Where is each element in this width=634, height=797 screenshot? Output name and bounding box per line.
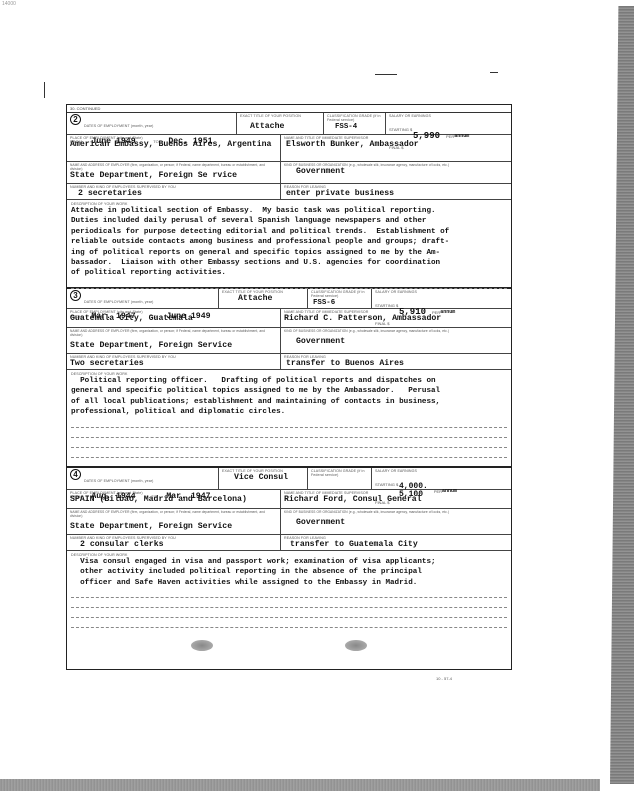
entry-number: 3 <box>70 290 81 301</box>
grade: FSS-4 <box>327 122 382 132</box>
position-title: Vice Consul <box>222 473 304 483</box>
reason-cell: REASON FOR LEAVING transfer to Buenos Ai… <box>281 354 511 369</box>
business-kind: Government <box>284 167 508 177</box>
employer: State Department, Foreign Service <box>70 522 277 532</box>
reason-for-leaving: enter private business <box>284 189 508 199</box>
work-description: Attache in political section of Embassy.… <box>71 206 507 279</box>
supervised-cell: NUMBER AND KIND OF EMPLOYEES SUPERVISED … <box>67 354 281 369</box>
grade-cell: CLASSIFICATION GRADE (if in Federal serv… <box>324 113 386 134</box>
employees-supervised: Two secretaries <box>70 359 277 369</box>
employer-cell: NAME AND ADDRESS OF EMPLOYER (firm, orga… <box>67 328 281 353</box>
description-block: DESCRIPTION OF YOUR WORK Political repor… <box>67 370 511 466</box>
blank-line <box>71 448 507 458</box>
salary-cell: SALARY OR EARNINGS STARTING $FINAL $ 5,9… <box>386 113 511 134</box>
dates-cell: 2DATES OF EMPLOYMENT (month, year) FROM … <box>67 113 237 134</box>
blank-line <box>71 618 507 628</box>
business-cell: KIND OF BUSINESS OR ORGANIZATION (e.g., … <box>281 328 511 353</box>
place-cell: PLACE OF EMPLOYMENT (city and State) SPA… <box>67 490 281 508</box>
supervised-cell: NUMBER AND KIND OF EMPLOYEES SUPERVISED … <box>67 535 281 550</box>
supervisor: Richard Ford, Consul General <box>284 495 508 505</box>
stray-mark <box>44 82 45 98</box>
business-kind: Government <box>284 337 508 347</box>
ink-stamp-mark <box>191 640 213 651</box>
employment-history-form: 30. CONTINUED 2DATES OF EMPLOYMENT (mont… <box>66 104 512 670</box>
form-header: 30. CONTINUED <box>67 105 511 113</box>
employees-supervised: 2 consular clerks <box>70 540 277 550</box>
position-title: Attache <box>222 294 304 304</box>
description-block: DESCRIPTION OF YOUR WORK Visa consul eng… <box>67 551 511 643</box>
work-description: Political reporting officer. Drafting of… <box>71 376 507 418</box>
employees-supervised: 2 secretaries <box>70 189 277 199</box>
employment-entry-4: 4DATES OF EMPLOYMENT (month, year) FROM … <box>67 468 511 643</box>
blank-line <box>71 279 507 289</box>
work-description: Visa consul engaged in visa and passport… <box>71 557 507 588</box>
place-cell: PLACE OF EMPLOYMENT (city and State) Ame… <box>67 135 281 161</box>
stray-mark <box>375 74 397 75</box>
supervisor: Elsworth Bunker, Ambassador <box>284 140 508 150</box>
salary-cell: SALARY OR EARNINGS STARTING $FINAL $ 4,0… <box>372 468 511 489</box>
grade: FSS-6 <box>311 298 368 308</box>
place-of-employment: American Embassy, Buenos Aires, Argentin… <box>70 140 277 150</box>
blank-line <box>71 438 507 448</box>
entry-number: 2 <box>70 114 81 125</box>
reason-cell: REASON FOR LEAVING transfer to Guatemala… <box>281 535 511 550</box>
entry-number: 4 <box>70 469 81 480</box>
supervisor-cell: NAME AND TITLE OF IMMEDIATE SUPERVISOR E… <box>281 135 511 161</box>
supervisor: Richard C. Patterson, Ambassador <box>284 314 508 324</box>
page-bottom-edge-shadow <box>0 779 600 791</box>
blank-line <box>71 608 507 618</box>
supervisor-cell: NAME AND TITLE OF IMMEDIATE SUPERVISOR R… <box>281 490 511 508</box>
document-id: 14000 <box>2 1 16 7</box>
place-of-employment: Guatemala City, Guatemala <box>70 314 277 324</box>
salary-cell: SALARY OR EARNINGS STARTING $FINAL $ 5,9… <box>372 289 511 308</box>
dates-cell: 4DATES OF EMPLOYMENT (month, year) FROM … <box>67 468 219 489</box>
page-right-edge-shadow <box>610 6 634 784</box>
grade-cell: CLASSIFICATION GRADE (if in Federal serv… <box>308 468 372 489</box>
title-cell: EXACT TITLE OF YOUR POSITION Attache <box>237 113 324 134</box>
business-kind: Government <box>284 518 508 528</box>
business-cell: KIND OF BUSINESS OR ORGANIZATION (e.g., … <box>281 509 511 534</box>
title-cell: EXACT TITLE OF YOUR POSITION Attache <box>219 289 308 308</box>
blank-line <box>71 598 507 608</box>
grade-cell: CLASSIFICATION GRADE (if in Federal serv… <box>308 289 372 308</box>
title-cell: EXACT TITLE OF YOUR POSITION Vice Consul <box>219 468 308 489</box>
place-cell: PLACE OF EMPLOYMENT (city and State) Gua… <box>67 309 281 327</box>
position-title: Attache <box>240 122 320 132</box>
stray-mark <box>490 72 498 73</box>
blank-line <box>71 588 507 598</box>
reason-cell: REASON FOR LEAVING enter private busines… <box>281 184 511 199</box>
reason-for-leaving: transfer to Guatemala City <box>284 540 508 550</box>
employment-entry-2: 2DATES OF EMPLOYMENT (month, year) FROM … <box>67 113 511 289</box>
form-code: 10 - 57-4 <box>436 676 452 681</box>
ink-stamp-mark <box>345 640 367 651</box>
employer: State Department, Foreign Se rvice <box>70 171 277 181</box>
blank-line <box>71 428 507 438</box>
supervisor-cell: NAME AND TITLE OF IMMEDIATE SUPERVISOR R… <box>281 309 511 327</box>
place-of-employment: SPAIN (Bilbao, Madrid and Barcelona) <box>70 495 277 505</box>
description-block: DESCRIPTION OF YOUR WORK Attache in poli… <box>67 200 511 287</box>
employment-entry-3: 3DATES OF EMPLOYMENT (month, year) FROM … <box>67 289 511 468</box>
reason-for-leaving: transfer to Buenos Aires <box>284 359 508 369</box>
employer-cell: NAME AND ADDRESS OF EMPLOYER (firm, orga… <box>67 509 281 534</box>
employer: State Department, Foreign Service <box>70 341 277 351</box>
business-cell: KIND OF BUSINESS OR ORGANIZATION (e.g., … <box>281 162 511 183</box>
blank-line <box>71 418 507 428</box>
employer-cell: NAME AND ADDRESS OF EMPLOYER (firm, orga… <box>67 162 281 183</box>
supervised-cell: NUMBER AND KIND OF EMPLOYEES SUPERVISED … <box>67 184 281 199</box>
dates-cell: 3DATES OF EMPLOYMENT (month, year) FROM … <box>67 289 219 308</box>
